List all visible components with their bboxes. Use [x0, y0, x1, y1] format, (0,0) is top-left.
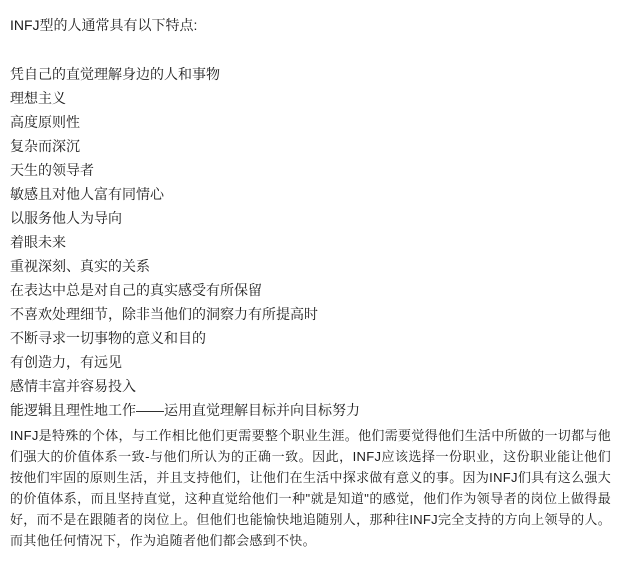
trait-line: 理想主义: [10, 86, 611, 110]
trait-line: 天生的领导者: [10, 158, 611, 182]
trait-line: 有创造力，有远见: [10, 350, 611, 374]
trait-line: 凭自己的直觉理解身边的人和事物: [10, 62, 611, 86]
trait-line: 复杂而深沉: [10, 134, 611, 158]
trait-line: 重视深刻、真实的关系: [10, 254, 611, 278]
trait-line: 高度原则性: [10, 110, 611, 134]
trait-line: 不断寻求一切事物的意义和目的: [10, 326, 611, 350]
document-page: INFJ型的人通常具有以下特点: 凭自己的直觉理解身边的人和事物 理想主义 高度…: [0, 0, 623, 551]
trait-line: 能逻辑且理性地工作——运用直觉理解目标并向目标努力: [10, 398, 611, 422]
trait-line: 敏感且对他人富有同情心: [10, 182, 611, 206]
trait-line: 感情丰富并容易投入: [10, 374, 611, 398]
trait-line: 着眼未来: [10, 230, 611, 254]
trait-line: 不喜欢处理细节，除非当他们的洞察力有所提高时: [10, 302, 611, 326]
trait-list: 凭自己的直觉理解身边的人和事物 理想主义 高度原则性 复杂而深沉 天生的领导者 …: [10, 62, 611, 422]
trait-line: 以服务他人为导向: [10, 206, 611, 230]
trait-line: 在表达中总是对自己的真实感受有所保留: [10, 278, 611, 302]
career-description-paragraph: INFJ是特殊的个体，与工作相比他们更需要整个职业生涯。他们需要觉得他们生活中所…: [10, 425, 611, 551]
page-title: INFJ型的人通常具有以下特点:: [10, 12, 611, 38]
